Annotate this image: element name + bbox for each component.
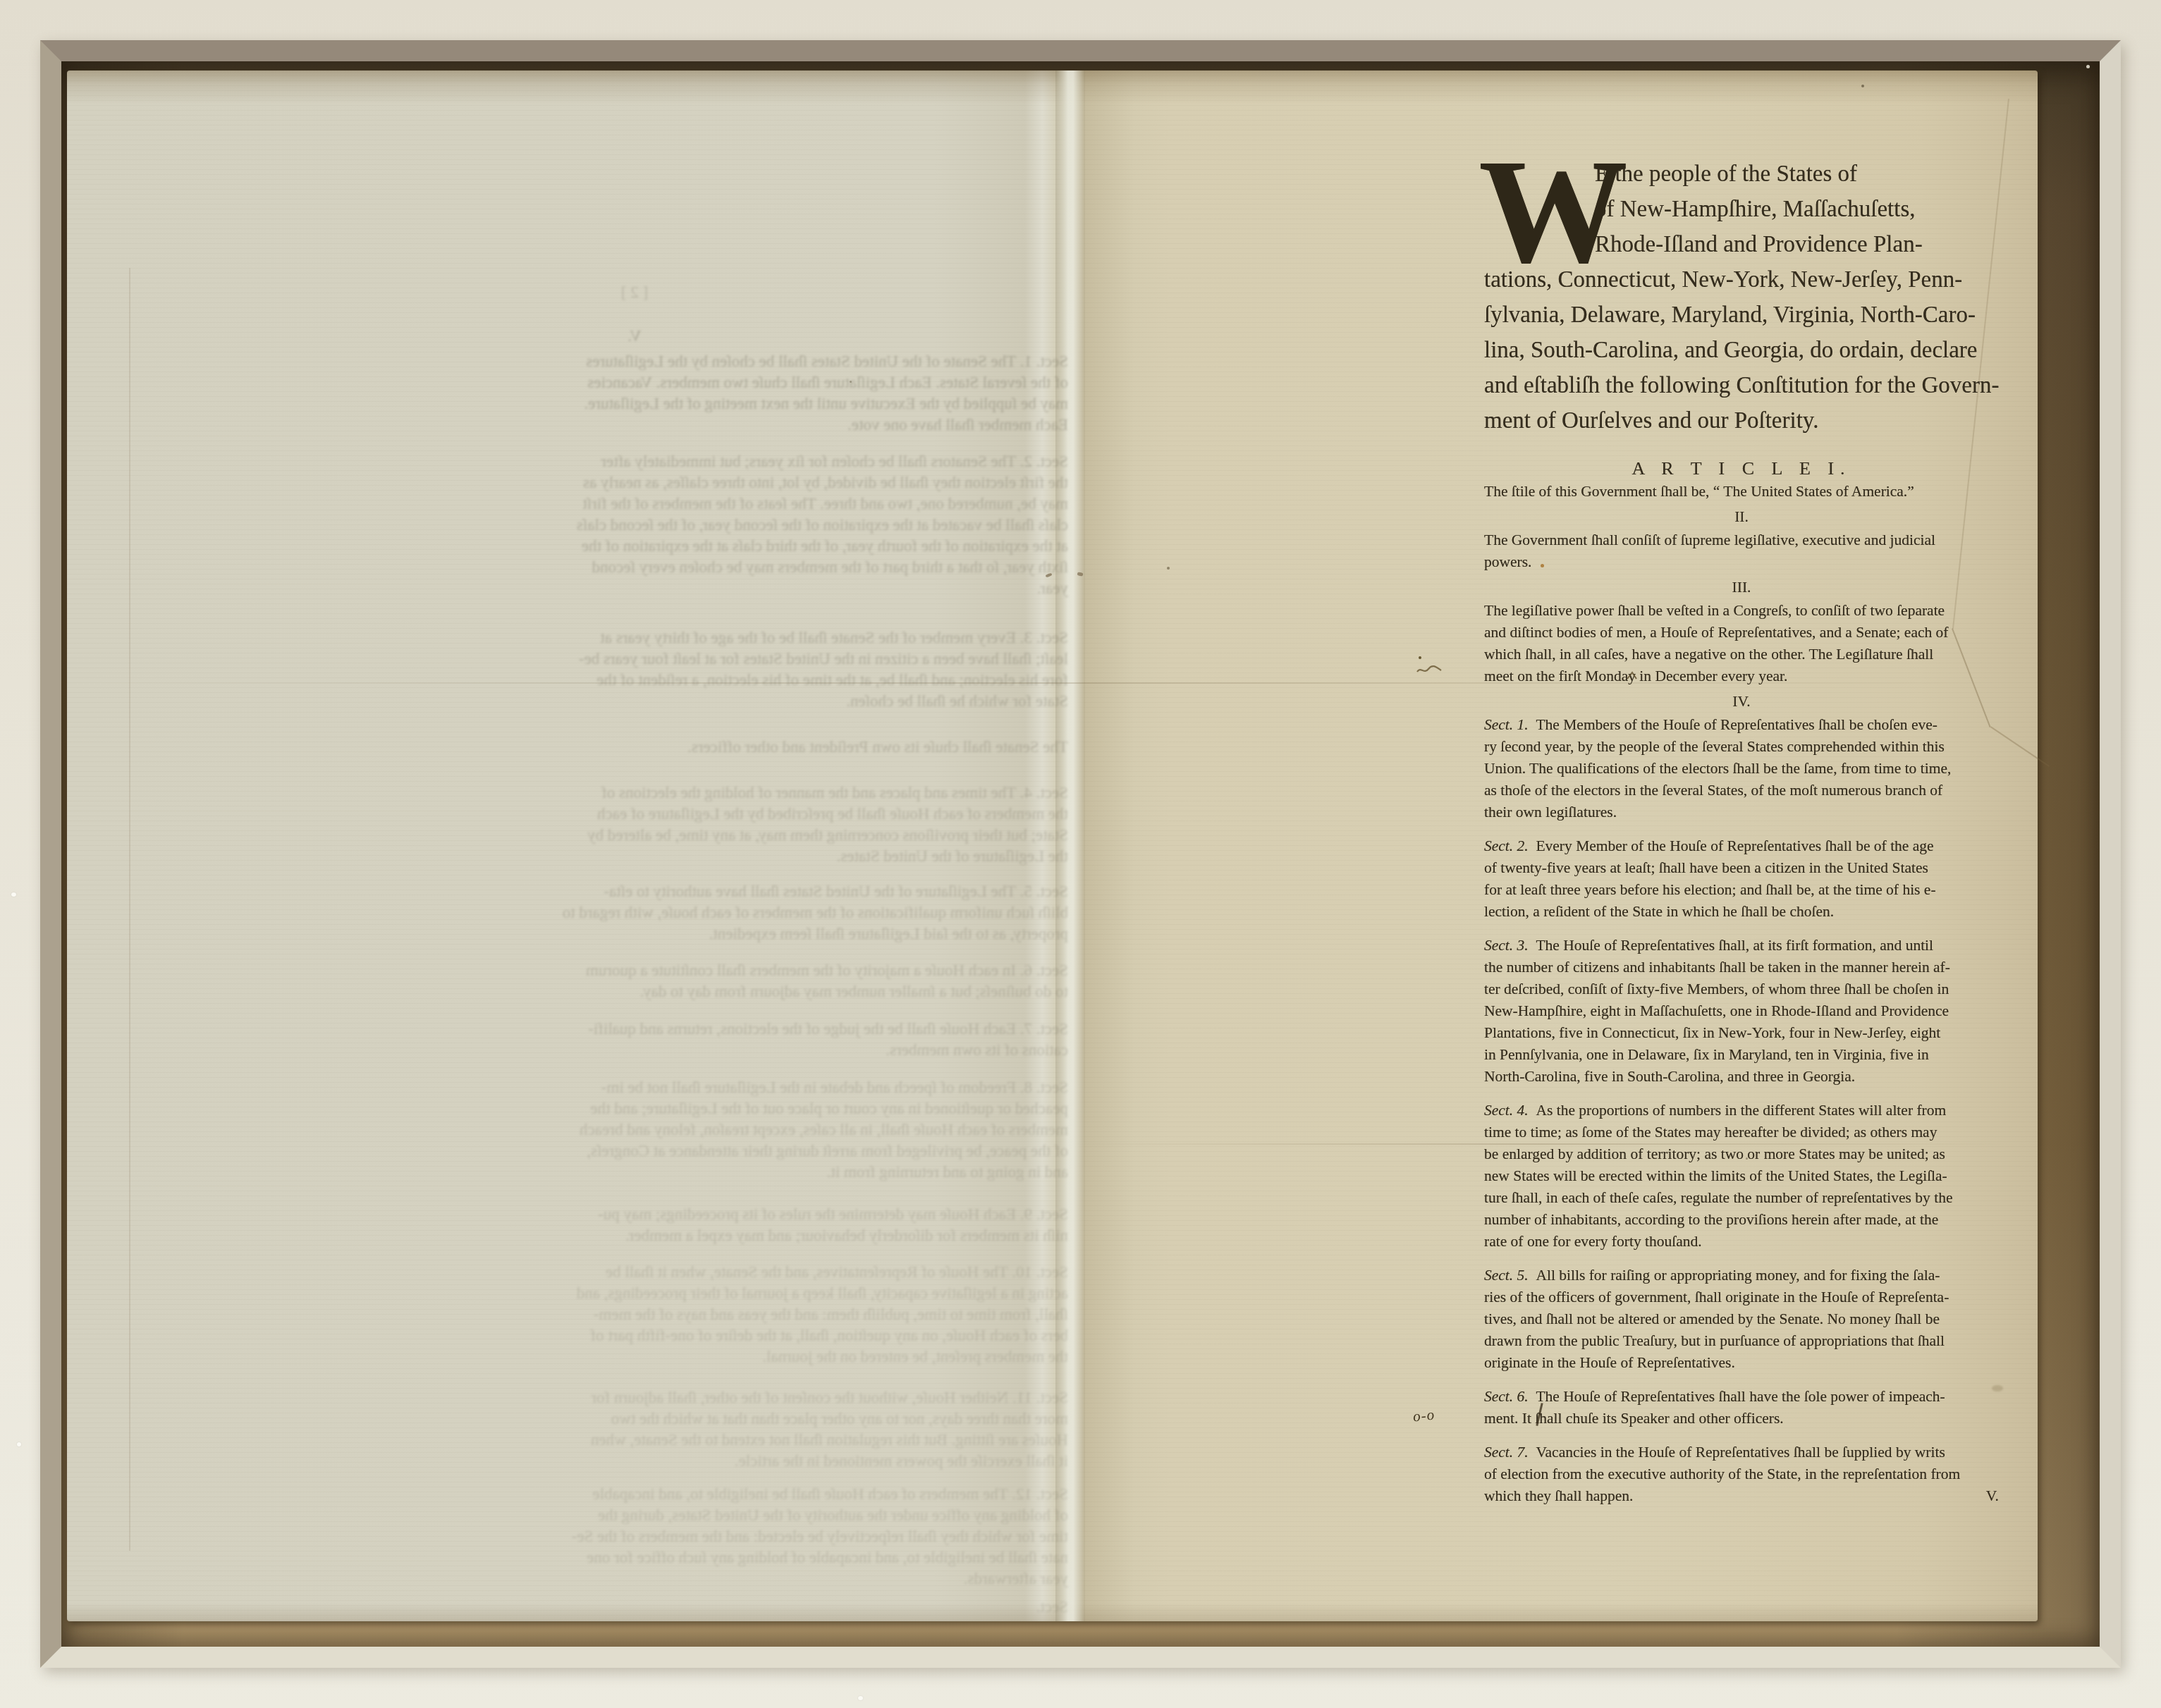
text-line: Sect. 5. All bills for raiſing or approp… <box>1484 1265 1999 1286</box>
article-1-stile: The ſtile of this Government ſhall be, “… <box>1484 481 1999 503</box>
ghost-paragraph: Sect. 7. Each Houſe ſhall be the judge o… <box>201 1019 1068 1061</box>
ghost-paragraph: Sect. <box>201 1597 1068 1618</box>
ghost-line: State; but their proviſions concerning t… <box>201 825 1068 846</box>
mat-speck-2 <box>17 1442 21 1446</box>
ghost-line: the firſt election they ſhall be divided… <box>201 472 1068 493</box>
text-line: Plantations, five in Connecticut, ſix in… <box>1484 1022 1999 1044</box>
margin-squiggle-icon <box>1416 663 1443 677</box>
opening-line: of New-Hampſhire, Maſſachuſetts, <box>1595 192 1999 227</box>
ghost-line: at the expiration of the fourth year, of… <box>201 536 1068 557</box>
section-3: Sect. 3. The Houſe of Repreſentatives ſh… <box>1484 935 1999 1088</box>
article-heading: A R T I C L E I. <box>1484 457 1999 481</box>
article-3: The legiſlative power ſhall be veſted in… <box>1484 600 1999 687</box>
text-line: their own legiſlatures. <box>1484 801 1999 823</box>
section-2: Sect. 2. Every Member of the Houſe of Re… <box>1484 835 1999 923</box>
ghost-line: Sect. 6. In each Houſe a majority of the… <box>201 960 1068 981</box>
ghost-line: Sect. 8. Freedom of ſpeech and debate in… <box>201 1077 1068 1098</box>
ghost-line: members of each Houſe ſhall, in all caſe… <box>201 1119 1068 1141</box>
ghost-line: Sect. 2. The Senators ſhall be choſen fo… <box>201 451 1068 472</box>
text-line: be enlarged by addition of territory; as… <box>1484 1143 1999 1165</box>
text-line: originate in the Houſe of Repreſentative… <box>1484 1352 1999 1374</box>
center-fold-shadow <box>1085 70 1134 1621</box>
section-6: Sect. 6. The Houſe of Repreſentatives ſh… <box>1484 1386 1999 1430</box>
ghost-line: year. <box>201 578 1068 599</box>
ghost-line: Sect. 11. Neither Houſe, without the con… <box>201 1387 1068 1408</box>
ghost-line: State for which he ſhall be choſen. <box>201 691 1068 712</box>
section-7: Sect. 7. Vacancies in the Houſe of Repre… <box>1484 1442 1999 1507</box>
text-line: and diſtinct bodies of men, a Houſe of R… <box>1484 622 1999 644</box>
text-line: Sect. 6. The Houſe of Repreſentatives ſh… <box>1484 1386 1999 1408</box>
text-line: Union. The qualifications of the elector… <box>1484 758 1999 780</box>
text-line: ter deſcribed, conſiſt of ſixty-five Mem… <box>1484 978 1999 1000</box>
catchword: V. <box>1986 1485 1999 1507</box>
ghost-paragraph: Sect. 4. The times and places and the ma… <box>201 782 1068 867</box>
ghost-line: Sect. 10. The Houſe of Repreſentatives, … <box>201 1262 1068 1283</box>
ghost-line: to do buſineſs; but a ſmaller number may… <box>201 981 1068 1002</box>
text-line: Sect. 3. The Houſe of Repreſentatives ſh… <box>1484 935 1999 957</box>
mat-speck-4 <box>2086 65 2090 68</box>
margin-ink-dot <box>1419 656 1421 659</box>
text-line: for at leaſt three years before his elec… <box>1484 879 1999 901</box>
ghost-line: Sect. <box>201 1597 1068 1618</box>
section-label: Sect. 6. <box>1484 1388 1529 1405</box>
mat-speck-3 <box>858 1696 863 1700</box>
ghost-paragraph: Sect. 11. Neither Houſe, without the con… <box>201 1387 1068 1472</box>
ghost-line: and in going to and returning from it. <box>201 1162 1068 1183</box>
ghost-line: Sect. 5. The Legiſlature of the United S… <box>201 881 1068 902</box>
opening-line: ment of Ourſelves and our Poſterity. <box>1484 403 1999 438</box>
ghost-line: may be, numbered one, two and three. The… <box>201 493 1068 515</box>
ghost-line: Sect. 12. The members of each Houſe ſhal… <box>201 1484 1068 1505</box>
ghost-line: ſixth year, ſo that a third part of the … <box>201 557 1068 578</box>
ghost-line: cations of its own members. <box>201 1040 1068 1061</box>
ghost-line: leaſt; ſhall have been a citizen in the … <box>201 649 1068 670</box>
ghost-line: Houſes are ſitting. But this regulation … <box>201 1430 1068 1451</box>
text-line: tives, and ſhall not be altered or amend… <box>1484 1308 1999 1330</box>
ghost-line: Sect. 3. Every member of the Senate ſhal… <box>201 627 1068 649</box>
text-line: as thoſe of the electors in the ſeveral … <box>1484 780 1999 801</box>
ghost-line: the members of each Houſe ſhall be preſc… <box>201 804 1068 825</box>
drop-cap-w: W <box>1479 158 1624 265</box>
margin-oo-mark: o-o <box>1412 1406 1435 1425</box>
ghost-line: ſhall, from time to time, publiſh them: … <box>201 1304 1068 1325</box>
section-label: Sect. 3. <box>1484 937 1529 954</box>
ghost-line: of the ſeveral States. Each Legiſlature … <box>201 372 1068 393</box>
mat-speck-1 <box>11 892 16 897</box>
right-page-text: W E the people of the States ofof New-Ha… <box>1484 156 1999 1507</box>
opening-line: ſylvania, Delaware, Maryland, Virginia, … <box>1484 297 1999 333</box>
text-line: ry ſecond year, by the people of the ſev… <box>1484 736 1999 758</box>
section-1: Sect. 1. The Members of the Houſe of Rep… <box>1484 714 1999 823</box>
ghost-line: acting in a legiſlative capacity, ſhall … <box>201 1283 1068 1304</box>
text-line: Sect. 1. The Members of the Houſe of Rep… <box>1484 714 1999 736</box>
ghost-line: may be ſupplied by the Executive until t… <box>201 393 1068 414</box>
text-line: which they ſhall happen.V. <box>1484 1485 1999 1507</box>
ghost-paragraph: Sect. 10. The Houſe of Repreſentatives, … <box>201 1262 1068 1368</box>
ghost-paragraph: Sect. 2. The Senators ſhall be choſen fo… <box>201 451 1068 599</box>
article-2: The Government ſhall conſiſt of ſupreme … <box>1484 529 1999 573</box>
text-line: North-Carolina, five in South-Carolina, … <box>1484 1066 1999 1088</box>
ghost-line: fore his election; and ſhall be, at the … <box>201 670 1068 691</box>
ghost-line: the members preſent, be entered on the j… <box>201 1346 1068 1368</box>
ghost-line: year afterwards. <box>201 1568 1068 1590</box>
section-label: Sect. 5. <box>1484 1267 1529 1284</box>
ghost-paragraph: Sect. 8. Freedom of ſpeech and debate in… <box>201 1077 1068 1183</box>
text-line: The legiſlative power ſhall be veſted in… <box>1484 600 1999 622</box>
text-line: The Government ſhall conſiſt of ſupreme … <box>1484 529 1999 551</box>
ghost-paragraph: The Senate ſhall chuſe its own Preſident… <box>201 737 1068 758</box>
opening-line: and eſtabliſh the following Conſtitution… <box>1484 368 1999 403</box>
text-line: powers. <box>1484 551 1999 573</box>
section-label: Sect. 2. <box>1484 837 1529 854</box>
ghost-line: Sect. 1. The Senate of the United States… <box>201 351 1068 372</box>
text-line: of election from the executive authority… <box>1484 1463 1999 1485</box>
numeral-iii: III. <box>1484 577 1999 598</box>
ghost-line: bers of each Houſe, on any queſtion, ſha… <box>201 1325 1068 1346</box>
section-label: Sect. 7. <box>1484 1444 1529 1461</box>
text-line: new States will be erected within the li… <box>1484 1165 1999 1187</box>
ghost-line: of holding any office under the authorit… <box>201 1505 1068 1526</box>
text-line: drawn from the public Treaſury, but in p… <box>1484 1330 1999 1352</box>
caret-icon <box>1626 671 1639 680</box>
opening-paragraph: W E the people of the States ofof New-Ha… <box>1484 156 1999 438</box>
ghost-line: Sect. 7. Each Houſe ſhall be the judge o… <box>201 1019 1068 1040</box>
ghost-line: Sect. 9. Each Houſe may determine the ru… <box>201 1204 1068 1225</box>
section-label: Sect. 4. <box>1484 1102 1529 1119</box>
ghost-line: V. <box>201 326 1068 347</box>
ghost-line: nate ſhall be ineligible to, and incapab… <box>201 1547 1068 1568</box>
ghost-line: claſs ſhall be vacated at the expiration… <box>201 515 1068 536</box>
ghost-line: time for which they ſhall reſpectively b… <box>201 1526 1068 1547</box>
text-line: time to time; as ſome of the States may … <box>1484 1122 1999 1143</box>
ghost-paragraph: Sect. 5. The Legiſlature of the United S… <box>201 881 1068 945</box>
ghost-line: peached or queſtioned in any court or pl… <box>201 1098 1068 1119</box>
opening-line: lina, South-Carolina, and Georgia, do or… <box>1484 333 1999 368</box>
ghost-page-number: [ 2 ] <box>201 282 1068 303</box>
left-page-crease <box>129 268 130 1551</box>
numeral-iv: IV. <box>1484 691 1999 713</box>
text-line: New-Hampſhire, eight in Maſſachuſetts, o… <box>1484 1000 1999 1022</box>
text-line: number of inhabitants, according to the … <box>1484 1209 1999 1231</box>
text-line: in Pennſylvania, one in Delaware, ſix in… <box>1484 1044 1999 1066</box>
ghost-line: The Senate ſhall chuſe its own Preſident… <box>201 737 1068 758</box>
numeral-ii: II. <box>1484 506 1999 528</box>
paper-speck-1 <box>1167 567 1170 570</box>
text-line: ries of the officers of government, ſhal… <box>1484 1286 1999 1308</box>
text-line: Sect. 4. As the proportions of numbers i… <box>1484 1100 1999 1122</box>
ghost-paragraph: Sect. 3. Every member of the Senate ſhal… <box>201 627 1068 712</box>
ghost-line: Each member ſhall have one vote. <box>201 414 1068 436</box>
section-4: Sect. 4. As the proportions of numbers i… <box>1484 1100 1999 1253</box>
text-line: The ſtile of this Government ſhall be, “… <box>1484 481 1999 503</box>
section-label: Sect. 1. <box>1484 716 1529 733</box>
ghost-line: bliſh ſuch uniform qualifications of the… <box>201 902 1068 923</box>
ghost-line: of the peace, be privileged from arreſt … <box>201 1141 1068 1162</box>
text-line: the number of citizens and inhabitants ſ… <box>1484 957 1999 978</box>
ghost-text: [ 2 ] V.Sect. 1. The Senate of the Unite… <box>180 141 1089 1692</box>
ghost-line: niſh its members for diſorderly behaviou… <box>201 1225 1068 1246</box>
text-line: rate of one for every forty thouſand. <box>1484 1231 1999 1253</box>
opening-line: Rhode-Iſland and Providence Plan- <box>1595 227 1999 262</box>
ghost-paragraph: V. <box>201 326 1068 347</box>
text-line: Sect. 7. Vacancies in the Houſe of Repre… <box>1484 1442 1999 1463</box>
text-line: ment. It ſhall chuſe its Speaker and oth… <box>1484 1408 1999 1430</box>
ghost-line: Sect. 4. The times and places and the ma… <box>201 782 1068 804</box>
ghost-line: the Legiſlature of the United States. <box>201 846 1068 867</box>
text-line: ture ſhall, in each of theſe caſes, regu… <box>1484 1187 1999 1209</box>
ghost-line: it ſhall exerciſe the powers mentioned i… <box>201 1451 1068 1472</box>
ghost-paragraph: Sect. 12. The members of each Houſe ſhal… <box>201 1484 1068 1590</box>
text-line: meet on the firſt Monday in December eve… <box>1484 665 1999 687</box>
ghost-paragraph: Sect. 9. Each Houſe may determine the ru… <box>201 1204 1068 1246</box>
ghost-line: more than three days, nor to any other p… <box>201 1408 1068 1430</box>
text-line: which ſhall, in all caſes, have a negati… <box>1484 644 1999 665</box>
text-line: lection, a reſident of the State in whic… <box>1484 901 1999 923</box>
opening-line: E the people of the States of <box>1595 156 1999 192</box>
ghost-paragraph: Sect. 6. In each Houſe a majority of the… <box>201 960 1068 1002</box>
paper-speck-4 <box>1861 85 1864 87</box>
ghost-line: property, as to the ſaid Legiſlature ſha… <box>201 923 1068 945</box>
ghost-paragraph: Sect. 1. The Senate of the United States… <box>201 351 1068 436</box>
section-5: Sect. 5. All bills for raiſing or approp… <box>1484 1265 1999 1374</box>
text-line: of twenty-five years at leaſt; ſhall hav… <box>1484 857 1999 879</box>
text-line: Sect. 2. Every Member of the Houſe of Re… <box>1484 835 1999 857</box>
